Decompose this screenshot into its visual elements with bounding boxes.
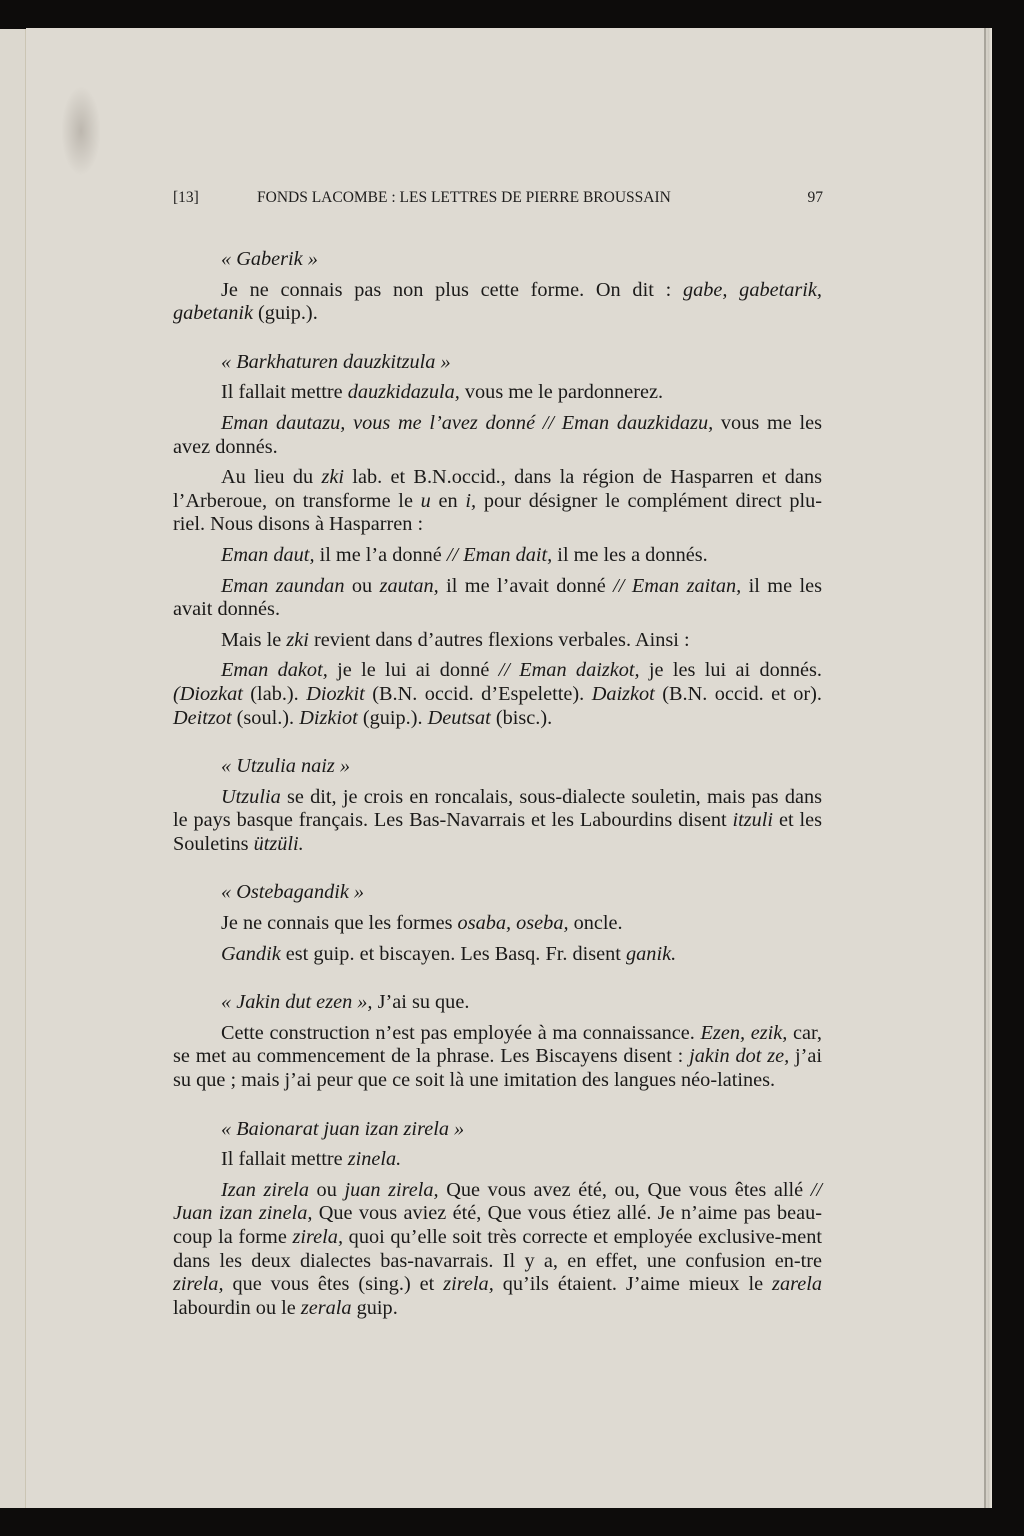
text-run: ou [309, 1179, 344, 1201]
text-run: (B.N. occid. d’Espelette). [365, 683, 592, 705]
paragraph: « Barkhaturen dauzkitzula » [173, 351, 822, 375]
text-run: J’ai su que. [373, 991, 470, 1013]
text-run: vous me le pardonnerez. [460, 381, 663, 403]
italic-run: « Barkhaturen dauzkitzula » [221, 351, 451, 373]
italic-run: (Diozkat [173, 683, 243, 705]
paragraph: Izan zirela ou juan zirela, Que vous ave… [173, 1179, 822, 1321]
italic-run: dauzkidazula, [348, 381, 460, 403]
text-run: (guip.). [358, 707, 428, 729]
text-run: il me les a donnés. [552, 544, 707, 566]
paper-stain [61, 86, 101, 176]
paragraph: Eman zaundan ou zautan, il me l’avait do… [173, 575, 822, 622]
text-run: je le lui ai donné [328, 659, 499, 681]
paragraph: Eman daut, il me l’a donné // Eman dait,… [173, 544, 822, 568]
text-run: Au lieu du [221, 466, 321, 488]
italic-run: Ezen, ezik, [701, 1022, 788, 1044]
text-run: (lab.). [243, 683, 306, 705]
paragraph: Au lieu du zki lab. et B.N.occid., dans … [173, 466, 822, 537]
text-run: il me l’avait donné [439, 575, 613, 597]
paragraph: « Gaberik » [173, 248, 822, 272]
paragraph: « Baionarat juan izan zirela » [173, 1118, 822, 1142]
paragraph: « Utzulia naiz » [173, 755, 822, 779]
text-run: Cette construction n’est pas employée à … [221, 1022, 701, 1044]
text-run: il me l’a donné [315, 544, 447, 566]
previous-page-edge [0, 29, 27, 1508]
text-run: Mais le [221, 629, 286, 651]
italic-run: juan zirela, [344, 1179, 438, 1201]
paragraph: Utzulia se dit, je crois en roncalais, s… [173, 786, 822, 857]
italic-run: i, [465, 490, 476, 512]
italic-run: zerala [301, 1297, 352, 1319]
italic-run: Eman dautazu, vous me l’avez donné // Em… [221, 412, 713, 434]
text-run: oncle. [569, 912, 623, 934]
italic-run: Izan zirela [221, 1179, 309, 1201]
italic-run: « Ostebagandik » [221, 881, 364, 903]
text-run: Que vous avez été, ou, Que vous êtes all… [439, 1179, 811, 1201]
text-run: que vous êtes (sing.) et [224, 1273, 444, 1295]
italic-run: // Eman zaitan, [613, 575, 741, 597]
italic-run: zautan, [380, 575, 439, 597]
section-number: [13] [173, 189, 199, 207]
italic-run: Daizkot [592, 683, 655, 705]
paragraph: Il fallait mettre dauzkidazula, vous me … [173, 381, 822, 405]
text-run: Il fallait mettre [221, 381, 348, 403]
italic-run: « Gaberik » [221, 248, 318, 270]
italic-run: Eman dakot, [221, 659, 328, 681]
text-run: revient dans d’autres flexions verbales.… [309, 629, 690, 651]
paragraph: Cette construction n’est pas employée à … [173, 1022, 822, 1093]
paragraph: Eman dakot, je le lui ai donné // Eman d… [173, 659, 822, 730]
text-run: labourdin ou le [173, 1297, 301, 1319]
italic-run: Diozkit [306, 683, 365, 705]
italic-run: ganik. [626, 943, 676, 965]
page-number: 97 [808, 189, 824, 207]
page-fore-edge [988, 28, 992, 1508]
italic-run: zarela [772, 1273, 822, 1295]
italic-run: Gandik [221, 943, 281, 965]
text-run: (B.N. occid. et or). [655, 683, 822, 705]
italic-run: Eman daut, [221, 544, 315, 566]
italic-run: osaba, oseba, [458, 912, 569, 934]
text-run: ou [344, 575, 379, 597]
italic-run: u [421, 490, 431, 512]
italic-run: zirela, [293, 1226, 344, 1248]
italic-run: Deitzot [173, 707, 232, 729]
italic-run: zirela, [443, 1273, 494, 1295]
italic-run: jakin dot ze, [689, 1045, 789, 1067]
paragraph: Eman dautazu, vous me l’avez donné // Em… [173, 412, 822, 459]
italic-run: Utzulia [221, 786, 281, 808]
paragraph: Il fallait mettre zinela. [173, 1148, 822, 1172]
italic-run: ützüli. [254, 833, 304, 855]
paragraph: Je ne connais pas non plus cette forme. … [173, 279, 822, 326]
italic-run: « Baionarat juan izan zirela » [221, 1118, 464, 1140]
italic-run: zirela, [173, 1273, 224, 1295]
italic-run: Dizkiot [299, 707, 358, 729]
paragraph: « Jakin dut ezen », J’ai su que. [173, 991, 822, 1015]
text-run: je les lui ai donnés. [640, 659, 822, 681]
running-title: FONDS LACOMBE : LES LETTRES DE PIERRE BR… [257, 189, 671, 207]
paragraph: Mais le zki revient dans d’autres flexio… [173, 629, 822, 653]
text-run: qu’ils étaient. J’aime mieux le [494, 1273, 772, 1295]
italic-run: zki [321, 466, 344, 488]
italic-run: zki [286, 629, 309, 651]
italic-run: « Jakin dut ezen », [221, 991, 373, 1013]
italic-run: Eman zaundan [221, 575, 344, 597]
italic-run: itzuli [732, 809, 773, 831]
paragraph: Gandik est guip. et biscayen. Les Basq. … [173, 943, 822, 967]
italic-run: // Eman daizkot, [499, 659, 640, 681]
italic-run: // Eman dait, [447, 544, 552, 566]
paragraph: Je ne connais que les formes osaba, oseb… [173, 912, 822, 936]
text-run: (soul.). [232, 707, 300, 729]
text-run: est guip. et biscayen. Les Basq. Fr. dis… [281, 943, 626, 965]
text-run: Il fallait mettre [221, 1148, 348, 1170]
italic-run: Deutsat [428, 707, 491, 729]
body-text: « Gaberik »Je ne connais pas non plus ce… [173, 248, 822, 1320]
text-run: (bisc.). [491, 707, 552, 729]
text-run: Je ne connais pas non plus cette forme. … [221, 279, 683, 301]
text-run: Je ne connais que les formes [221, 912, 458, 934]
italic-run: « Utzulia naiz » [221, 755, 350, 777]
italic-run: zinela. [348, 1148, 402, 1170]
text-run: (guip.). [253, 302, 318, 324]
paragraph: « Ostebagandik » [173, 881, 822, 905]
text-run: en [431, 490, 466, 512]
text-run: guip. [352, 1297, 398, 1319]
